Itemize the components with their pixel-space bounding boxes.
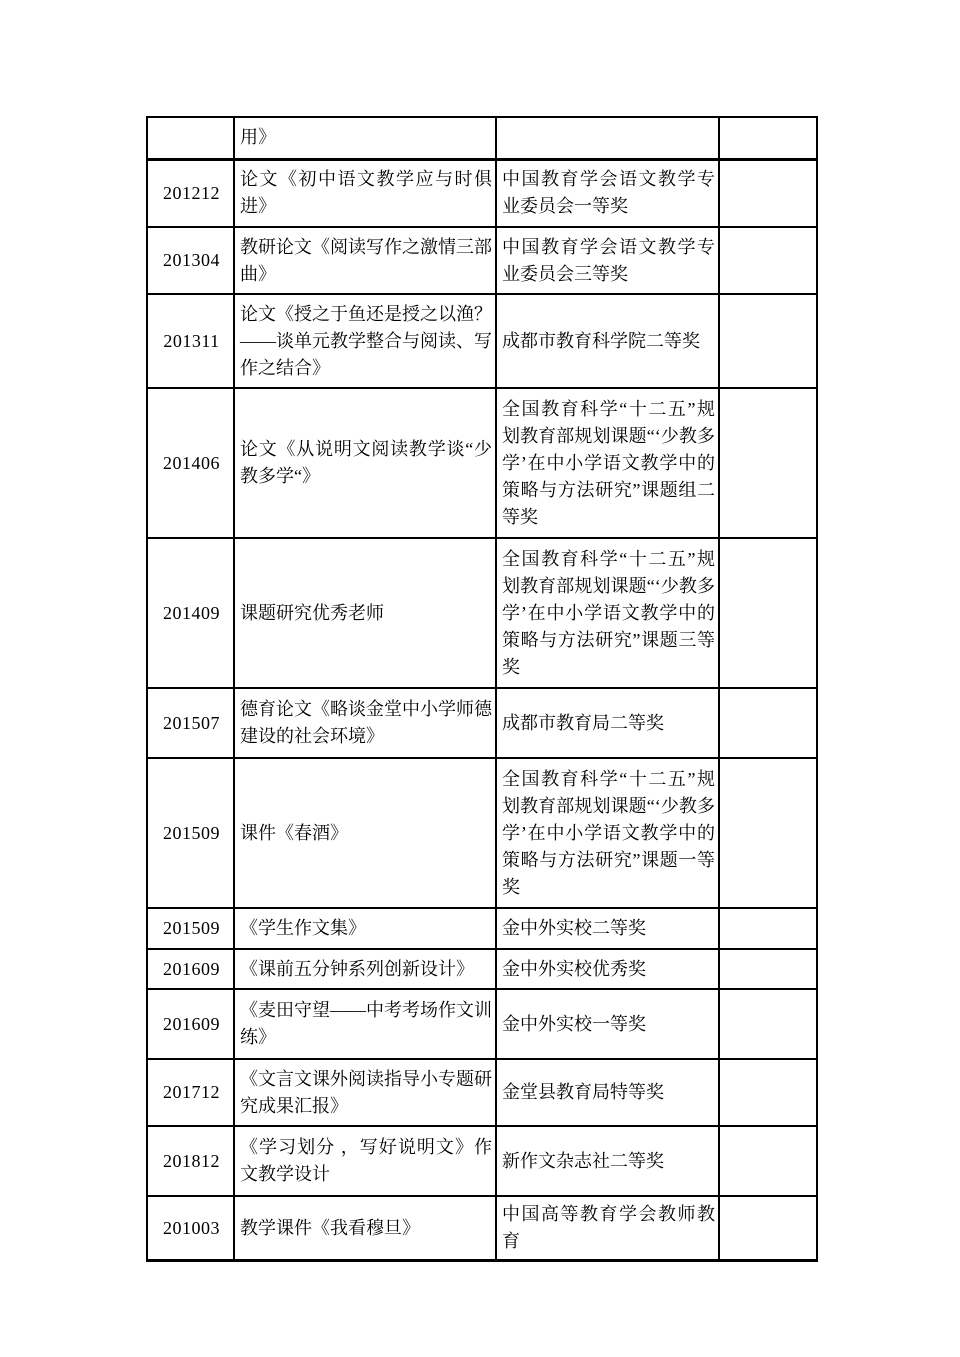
cell-note <box>719 688 817 758</box>
cell-award: 金中外实校二等奖 <box>496 908 719 949</box>
cell-note <box>719 1196 817 1261</box>
cell-award: 中国教育学会语文教学专业委员会三等奖 <box>496 227 719 294</box>
cell-work: 论文《授之于鱼还是授之以渔？——谈单元教学整合与阅读、写作之结合》 <box>234 294 496 388</box>
cell-note <box>719 159 817 227</box>
cell-code: 201712 <box>147 1059 234 1126</box>
table-row: 201212论文《初中语文教学应与时俱进》中国教育学会语文教学专业委员会一等奖 <box>147 159 817 227</box>
cell-work: 用》 <box>234 117 496 159</box>
awards-table-body: 用》201212论文《初中语文教学应与时俱进》中国教育学会语文教学专业委员会一等… <box>147 117 817 1261</box>
cell-note <box>719 227 817 294</box>
table-row: 201507德育论文《略谈金堂中小学师德建设的社会环境》成都市教育局二等奖 <box>147 688 817 758</box>
document-page: 用》201212论文《初中语文教学应与时俱进》中国教育学会语文教学专业委员会一等… <box>0 0 960 1357</box>
table-row: 201406论文《从说明文阅读教学谈“少教多学“》全国教育科学“十二五”规划教育… <box>147 388 817 538</box>
cell-award: 成都市教育科学院二等奖 <box>496 294 719 388</box>
cell-work: 论文《初中语文教学应与时俱进》 <box>234 159 496 227</box>
cell-work: 《学习划分 ，写好说明文》作文教学设计 <box>234 1126 496 1196</box>
cell-work: 《文言文课外阅读指导小专题研究成果汇报》 <box>234 1059 496 1126</box>
cell-note <box>719 989 817 1059</box>
table-row: 201311论文《授之于鱼还是授之以渔？——谈单元教学整合与阅读、写作之结合》成… <box>147 294 817 388</box>
cell-note <box>719 949 817 989</box>
cell-code: 201609 <box>147 949 234 989</box>
cell-note <box>719 908 817 949</box>
cell-work: 教学课件《我看穆旦》 <box>234 1196 496 1261</box>
table-row: 201712《文言文课外阅读指导小专题研究成果汇报》金堂县教育局特等奖 <box>147 1059 817 1126</box>
cell-note <box>719 1059 817 1126</box>
table-row: 201304教研论文《阅读写作之激情三部曲》中国教育学会语文教学专业委员会三等奖 <box>147 227 817 294</box>
cell-award: 全国教育科学“十二五”规划教育部规划课题“‘少教多学’在中小学语文教学中的策略与… <box>496 758 719 908</box>
cell-work: 《课前五分钟系列创新设计》 <box>234 949 496 989</box>
cell-code: 201311 <box>147 294 234 388</box>
table-row: 201509课件《春酒》全国教育科学“十二五”规划教育部规划课题“‘少教多学’在… <box>147 758 817 908</box>
cell-work: 《学生作文集》 <box>234 908 496 949</box>
table-row: 201812《学习划分 ，写好说明文》作文教学设计新作文杂志社二等奖 <box>147 1126 817 1196</box>
table-row: 201409课题研究优秀老师全国教育科学“十二五”规划教育部规划课题“‘少教多学… <box>147 538 817 688</box>
cell-award: 中国高等教育学会教师教育 <box>496 1196 719 1261</box>
cell-code: 201509 <box>147 908 234 949</box>
cell-code: 201509 <box>147 758 234 908</box>
cell-code <box>147 117 234 159</box>
table-row: 201003教学课件《我看穆旦》中国高等教育学会教师教育 <box>147 1196 817 1261</box>
cell-code: 201507 <box>147 688 234 758</box>
cell-note <box>719 758 817 908</box>
cell-note <box>719 1126 817 1196</box>
cell-award: 全国教育科学“十二五”规划教育部规划课题“‘少教多学’在中小学语文教学中的策略与… <box>496 538 719 688</box>
cell-note <box>719 117 817 159</box>
cell-award: 全国教育科学“十二五”规划教育部规划课题“‘少教多学’在中小学语文教学中的策略与… <box>496 388 719 538</box>
cell-award: 成都市教育局二等奖 <box>496 688 719 758</box>
cell-code: 201304 <box>147 227 234 294</box>
table-row: 201609《麦田守望——中考考场作文训练》金中外实校一等奖 <box>147 989 817 1059</box>
cell-code: 201003 <box>147 1196 234 1261</box>
cell-code: 201609 <box>147 989 234 1059</box>
cell-award: 金中外实校优秀奖 <box>496 949 719 989</box>
cell-award: 中国教育学会语文教学专业委员会一等奖 <box>496 159 719 227</box>
cell-award: 金中外实校一等奖 <box>496 989 719 1059</box>
cell-code: 201406 <box>147 388 234 538</box>
cell-work: 教研论文《阅读写作之激情三部曲》 <box>234 227 496 294</box>
cell-code: 201812 <box>147 1126 234 1196</box>
cell-award: 金堂县教育局特等奖 <box>496 1059 719 1126</box>
table-row: 201609《课前五分钟系列创新设计》金中外实校优秀奖 <box>147 949 817 989</box>
cell-work: 德育论文《略谈金堂中小学师德建设的社会环境》 <box>234 688 496 758</box>
cell-code: 201409 <box>147 538 234 688</box>
cell-note <box>719 388 817 538</box>
table-row: 201509《学生作文集》金中外实校二等奖 <box>147 908 817 949</box>
cell-award <box>496 117 719 159</box>
cell-note <box>719 538 817 688</box>
cell-code: 201212 <box>147 159 234 227</box>
cell-work: 课件《春酒》 <box>234 758 496 908</box>
awards-table: 用》201212论文《初中语文教学应与时俱进》中国教育学会语文教学专业委员会一等… <box>146 116 818 1262</box>
table-row: 用》 <box>147 117 817 159</box>
cell-note <box>719 294 817 388</box>
cell-work: 《麦田守望——中考考场作文训练》 <box>234 989 496 1059</box>
cell-work: 论文《从说明文阅读教学谈“少教多学“》 <box>234 388 496 538</box>
cell-award: 新作文杂志社二等奖 <box>496 1126 719 1196</box>
cell-work: 课题研究优秀老师 <box>234 538 496 688</box>
